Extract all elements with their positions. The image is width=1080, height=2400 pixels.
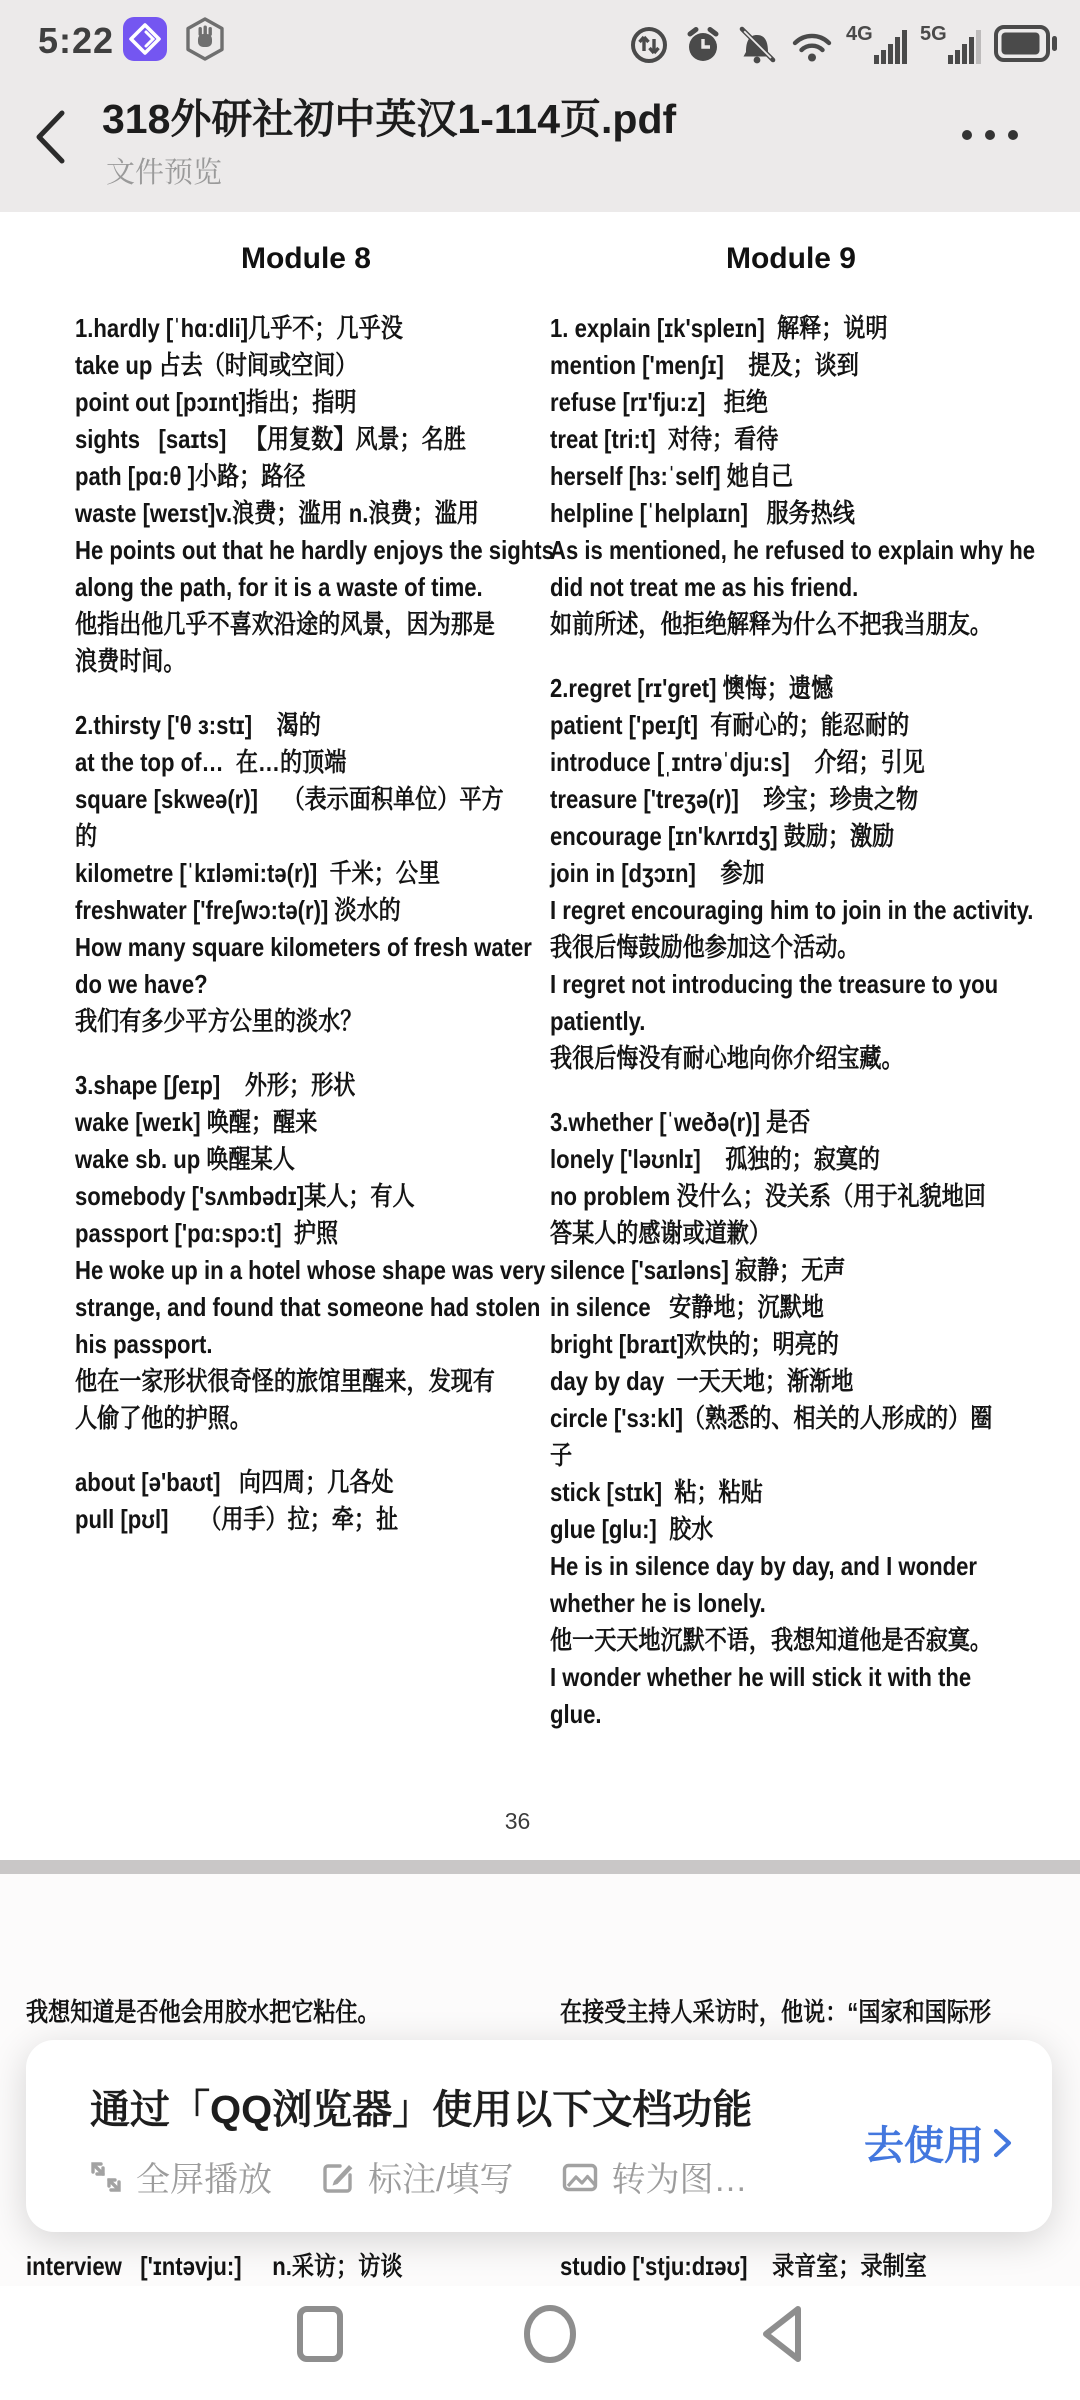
- text-line: refuse [rɪ'fju:z] 拒绝: [550, 384, 960, 421]
- text-line: 我想知道是否他会用胶水把它粘住。: [26, 1992, 380, 2029]
- text-line: He woke up in a hotel whose shape was ve…: [75, 1252, 468, 1289]
- battery-icon: [994, 22, 1058, 66]
- banner-features: 全屏播放 标注/填写 转为图…: [88, 2152, 747, 2201]
- page-separator: [0, 1860, 1080, 1874]
- text-line: 他一天天地沉默不语，我想知道他是否寂寞。: [550, 1622, 960, 1659]
- text-line: encourage [ɪn'kʌrɪdʒ] 鼓励；激励: [550, 818, 960, 855]
- text-line: patient ['peɪʃt] 有耐心的；能忍耐的: [550, 707, 960, 744]
- pdf-page-36[interactable]: Module 8 1.hardly [ˈhɑ:dli]几乎不；几乎没take u…: [0, 212, 1080, 1860]
- data-saver-icon: [628, 24, 670, 66]
- text-line: mention ['menʃɪ] 提及；谈到: [550, 347, 960, 384]
- svg-text:4G: 4G: [846, 23, 873, 45]
- module-8-heading: Module 8: [75, 240, 537, 277]
- hand-gesture-icon: [182, 16, 228, 67]
- page-subtitle: 文件预览: [106, 150, 222, 191]
- text-line: treasure ['treʒə(r)] 珍宝；珍贵之物: [550, 781, 960, 818]
- text-line: his passport.: [75, 1326, 468, 1363]
- text-line: 3.whether [ˈweðə(r)] 是否: [550, 1104, 960, 1141]
- text-line: 在接受主持人采访时，他说：“国家和国际形: [560, 1992, 991, 2029]
- feature-label: 转为图…: [611, 2152, 747, 2201]
- home-icon: [521, 2304, 579, 2364]
- text-line: strange, and found that someone had stol…: [75, 1289, 468, 1326]
- text-line: herself [hɜ:ˈself] 她自己: [550, 458, 960, 495]
- text-line: sights [saɪts] 【用复数】风景；名胜: [75, 421, 468, 458]
- text-line: 的: [75, 818, 468, 855]
- text-line: [75, 680, 468, 707]
- text-line: take up 占去（时间或空间）: [75, 347, 468, 384]
- text-line: 浪费时间。: [75, 643, 468, 680]
- text-line: He points out that he hardly enjoys the …: [75, 532, 468, 569]
- text-line: [550, 1077, 960, 1104]
- text-line: studio ['stju:dɪəʊ] 录音室；录制室: [560, 2246, 927, 2283]
- text-line: [550, 643, 960, 670]
- text-line: wake [weɪk] 唤醒；醒来: [75, 1104, 468, 1141]
- alarm-icon: [682, 24, 724, 66]
- module-9-column: Module 9 1. explain [ɪk'spleɪn] 解释；说明men…: [550, 240, 1032, 1733]
- text-line: 人偷了他的护照。: [75, 1400, 468, 1437]
- module-8-column: Module 8 1.hardly [ˈhɑ:dli]几乎不；几乎没take u…: [75, 240, 537, 1538]
- annotate-fill-button[interactable]: 标注/填写: [320, 2152, 513, 2201]
- text-line: square [skweə(r)] （表示面积单位）平方: [75, 781, 468, 818]
- text-line: 1.hardly [ˈhɑ:dli]几乎不；几乎没: [75, 310, 468, 347]
- signal-5g-icon: 5G: [920, 22, 982, 66]
- text-line: interview ['ɪntəvju:] n.采访；访谈: [26, 2246, 402, 2283]
- text-line: freshwater ['freʃwɔ:tə(r)] 淡水的: [75, 892, 468, 929]
- text-line: 他在一家形状很奇怪的旅馆里醒来，发现有: [75, 1363, 468, 1400]
- annotate-icon: [320, 2159, 356, 2195]
- convert-to-image-button[interactable]: 转为图…: [561, 2152, 747, 2201]
- text-line: pull [pʊl] （用手）拉；牵；扯: [75, 1501, 468, 1538]
- module-9-heading: Module 9: [550, 240, 1032, 277]
- doc-functions-banner[interactable]: 通过「QQ浏览器」使用以下文档功能 全屏播放 标注/填写: [26, 2040, 1052, 2232]
- text-line: 子: [550, 1437, 960, 1474]
- android-nav-bar: [0, 2286, 1080, 2400]
- go-use-button[interactable]: 去使用: [864, 2114, 1014, 2171]
- feature-label: 全屏播放: [136, 2152, 272, 2201]
- text-line: along the path, for it is a waste of tim…: [75, 569, 468, 606]
- text-line: helpline [ˈhelplaɪn] 服务热线: [550, 495, 960, 532]
- page-number: 36: [0, 1808, 1035, 1835]
- chevron-right-icon: [992, 2126, 1014, 2160]
- module-9-lines: 1. explain [ɪk'spleɪn] 解释；说明mention ['me…: [550, 310, 1032, 1733]
- back-button[interactable]: [30, 106, 70, 173]
- phone-screen: 5:22: [0, 0, 1080, 2400]
- more-options-button[interactable]: [962, 130, 1018, 140]
- text-line: bright [braɪt]欢快的；明亮的: [550, 1326, 960, 1363]
- text-line: passport ['pɑ:spɔ:t] 护照: [75, 1215, 468, 1252]
- text-line: circle ['sɜ:kl]（熟悉的、相关的人形成的）圈: [550, 1400, 960, 1437]
- back-triangle-icon: [758, 2304, 810, 2364]
- text-line: patiently.: [550, 1003, 960, 1040]
- svg-text:5G: 5G: [920, 23, 947, 45]
- text-line: glue.: [550, 1696, 960, 1733]
- text-line: silence ['saɪləns] 寂静；无声: [550, 1252, 960, 1289]
- text-line: waste [weɪst]v.浪费；滥用 n.浪费；滥用: [75, 495, 468, 532]
- text-line: path [pɑ:θ ]小路；路径: [75, 458, 468, 495]
- feature-label: 标注/填写: [368, 2152, 513, 2201]
- clock-time: 5:22: [38, 20, 114, 62]
- text-line: wake sb. up 唤醒某人: [75, 1141, 468, 1178]
- back-nav-button[interactable]: [758, 2304, 810, 2369]
- text-line: join in [dʒɔɪn] 参加: [550, 855, 960, 892]
- recents-button[interactable]: [296, 2304, 344, 2369]
- to-image-icon: [561, 2159, 599, 2195]
- recents-icon: [296, 2304, 344, 2364]
- text-line: somebody ['sʌmbədɪ]某人；有人: [75, 1178, 468, 1215]
- text-line: no problem 没什么；没关系（用于礼貌地回: [550, 1178, 960, 1215]
- banner-title: 通过「QQ浏览器」使用以下文档功能: [90, 2078, 752, 2135]
- text-line: stick [stɪk] 粘；粘贴: [550, 1474, 960, 1511]
- text-line: 我们有多少平方公里的淡水？: [75, 1003, 468, 1040]
- text-line: about [ə'baʊt] 向四周；几各处: [75, 1464, 468, 1501]
- text-line: do we have?: [75, 966, 468, 1003]
- text-line: As is mentioned, he refused to explain w…: [550, 532, 960, 569]
- wifi-icon: [790, 24, 834, 66]
- text-line: did not treat me as his friend.: [550, 569, 960, 606]
- status-icons: 4G 5G: [628, 22, 1058, 66]
- fullscreen-play-button[interactable]: 全屏播放: [88, 2152, 272, 2201]
- go-use-label: 去使用: [864, 2114, 984, 2171]
- text-line: He is in silence day by day, and I wonde…: [550, 1548, 960, 1585]
- home-button[interactable]: [521, 2304, 579, 2369]
- text-line: I regret not introducing the treasure to…: [550, 966, 960, 1003]
- text-line: day by day 一天天地；渐渐地: [550, 1363, 960, 1400]
- text-line: kilometre [ˈkɪləmi:tə(r)] 千米；公里: [75, 855, 468, 892]
- top-chrome: 5:22: [0, 0, 1080, 212]
- mute-icon: [736, 24, 778, 66]
- text-line: 3.shape [ʃeɪp] 外形；形状: [75, 1067, 468, 1104]
- text-line: [75, 1437, 468, 1464]
- text-line: 1. explain [ɪk'spleɪn] 解释；说明: [550, 310, 960, 347]
- text-line: in silence 安静地；沉默地: [550, 1289, 960, 1326]
- text-line: 答某人的感谢或道歉）: [550, 1215, 960, 1252]
- fullscreen-icon: [88, 2159, 124, 2195]
- text-line: at the top of… 在…的顶端: [75, 744, 468, 781]
- signal-4g-icon: 4G: [846, 22, 908, 66]
- text-line: 我很后悔没有耐心地向你介绍宝藏。: [550, 1040, 960, 1077]
- text-line: I regret encouraging him to join in the …: [550, 892, 960, 929]
- text-line: 2.regret [rɪ'gret] 懊悔；遗憾: [550, 670, 960, 707]
- page-title: 318外研社初中英汉1-114页.pdf: [102, 86, 676, 145]
- text-line: I wonder whether he will stick it with t…: [550, 1659, 960, 1696]
- text-line: introduce [ˌɪntrəˈdju:s] 介绍；引见: [550, 744, 960, 781]
- app-badge-icon: [122, 16, 168, 67]
- text-line: 他指出他几乎不喜欢沿途的风景，因为那是: [75, 606, 468, 643]
- text-line: lonely ['ləʊnlɪ] 孤独的；寂寞的: [550, 1141, 960, 1178]
- text-line: treat [tri:t] 对待；看待: [550, 421, 960, 458]
- text-line: glue [glu:] 胶水: [550, 1511, 960, 1548]
- text-line: point out [pɔɪnt]指出；指明: [75, 384, 468, 421]
- text-line: 我很后悔鼓励他参加这个活动。: [550, 929, 960, 966]
- module-8-lines: 1.hardly [ˈhɑ:dli]几乎不；几乎没take up 占去（时间或空…: [75, 310, 537, 1538]
- text-line: How many square kilometers of fresh wate…: [75, 929, 468, 966]
- text-line: [75, 1040, 468, 1067]
- text-line: 2.thirsty ['θ ɜ:stɪ] 渴的: [75, 707, 468, 744]
- text-line: 如前所述，他拒绝解释为什么不把我当朋友。: [550, 606, 960, 643]
- text-line: whether he is lonely.: [550, 1585, 960, 1622]
